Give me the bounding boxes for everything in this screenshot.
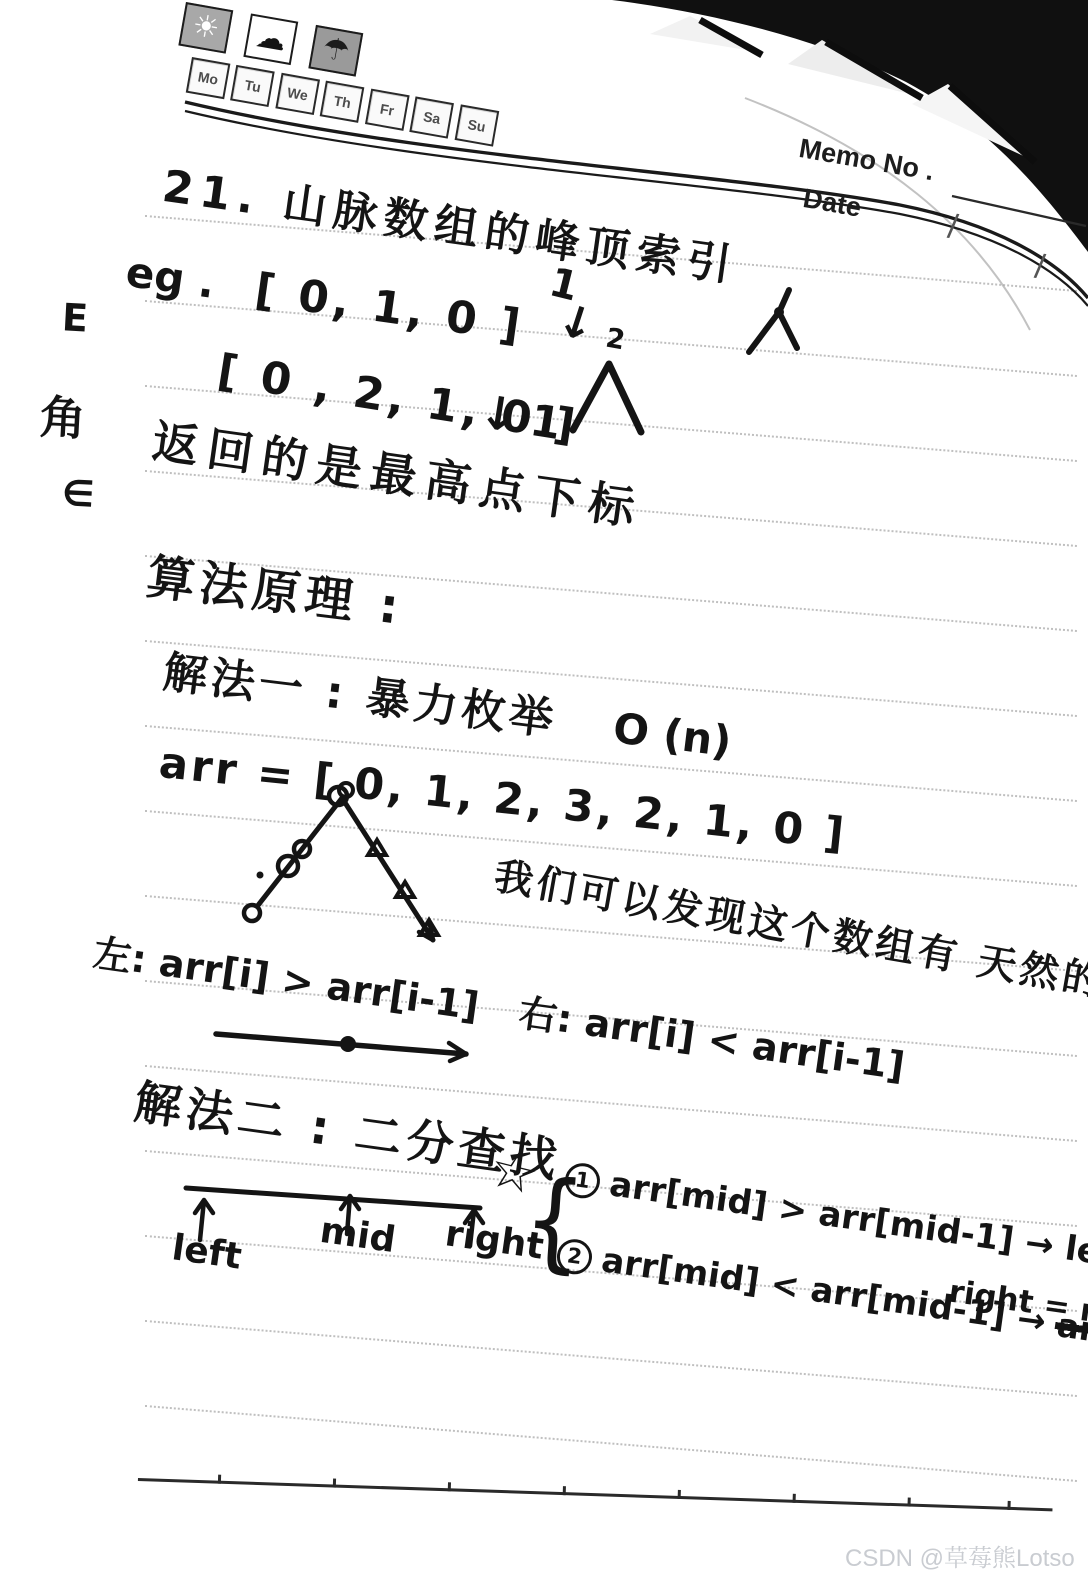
margin-mark: E: [61, 295, 89, 340]
day-su: Su: [454, 104, 499, 146]
pointer-label-left: left: [169, 1227, 244, 1277]
mountain-caret-icon: [565, 352, 650, 437]
margin-mark: 角: [38, 381, 87, 449]
case2-number: 2: [555, 1236, 595, 1276]
bottom-rule: [138, 1478, 1053, 1511]
day-mo: Mo: [186, 57, 231, 99]
ruled-line: [145, 1320, 1077, 1397]
watermark: CSDN @草莓熊Lotso: [845, 1538, 1075, 1573]
day-tu: Tu: [231, 65, 276, 107]
complexity-label: O (n): [611, 703, 735, 766]
ruled-line: [145, 1405, 1077, 1482]
peak-sketch-icon: [733, 286, 803, 366]
day-we: We: [275, 73, 320, 115]
cloud-icon: ☁: [243, 13, 298, 65]
mountain-diagram: [218, 782, 458, 957]
principle-heading: 算法原理 :: [144, 538, 408, 638]
day-sa: Sa: [410, 96, 455, 138]
margin-mark: ∈: [61, 473, 95, 516]
umbrella-icon: ☂: [309, 25, 364, 77]
segment-diagram: [198, 1016, 498, 1071]
sun-icon: ☀: [178, 2, 233, 54]
case1-number: 1: [563, 1160, 603, 1200]
right-condition: 右: arr[i] < arr[i-1]: [516, 991, 907, 1089]
day-fr: Fr: [365, 89, 410, 131]
notebook-photo: { "colors": {"ink": "#141414", "rule": "…: [0, 0, 1088, 1584]
day-th: Th: [320, 81, 365, 123]
down-arrow-icon: ↓: [476, 384, 523, 443]
example2-mark-row: ↓ 1: [476, 384, 566, 450]
